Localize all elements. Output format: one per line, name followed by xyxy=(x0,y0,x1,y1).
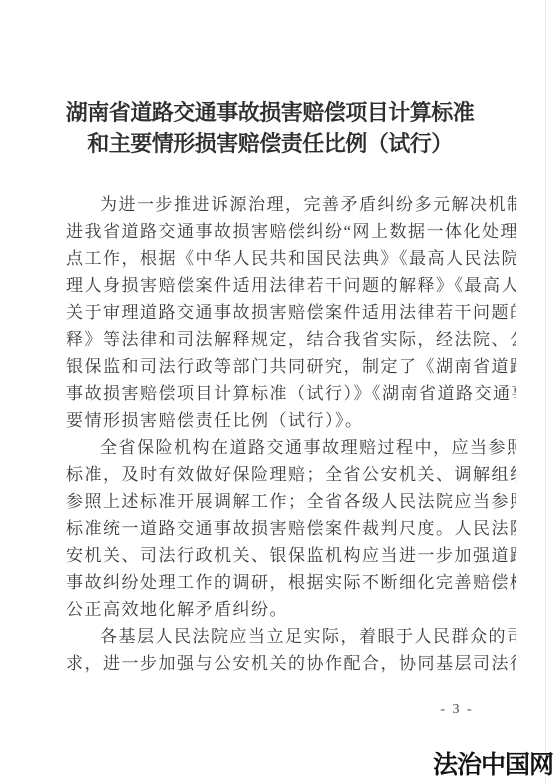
body-line: 公正高效地化解矛盾纠纷。 xyxy=(66,596,516,623)
body-line: 要情形损害赔偿责任比例（试行）》。 xyxy=(66,407,516,434)
body-line: 参照上述标准开展调解工作；全省各级人民法院应当参照上述 xyxy=(66,488,516,515)
body-line: 事故损害赔偿项目计算标准（试行）》《湖南省道路交通事故主 xyxy=(66,380,516,407)
body-line: 各基层人民法院应当立足实际，着眼于人民群众的司法需 xyxy=(66,623,516,650)
title-line-2: 和主要情形损害赔偿责任比例（试行） xyxy=(20,128,520,159)
body-line: 银保监和司法行政等部门共同研究，制定了《湖南省道路交通 xyxy=(66,353,516,380)
document-page: 湖南省道路交通事故损害赔偿项目计算标准 和主要情形损害赔偿责任比例（试行） 为进… xyxy=(0,0,554,784)
watermark: 法治中国网 xyxy=(433,745,553,781)
scan-edge-line xyxy=(545,0,546,784)
document-title: 湖南省道路交通事故损害赔偿项目计算标准 和主要情形损害赔偿责任比例（试行） xyxy=(20,97,520,159)
body-line: 安机关、司法行政机关、银保监机构应当进一步加强道路交通 xyxy=(66,542,516,569)
page-number: - 3 - xyxy=(430,702,484,718)
body-line: 求，进一步加强与公安机关的协作配合，协同基层司法行政机 xyxy=(66,650,516,677)
body-line: 释》等法律和司法解释规定，结合我省实际，经法院、公安、 xyxy=(66,326,516,353)
body-line: 标准统一道路交通事故损害赔偿案件裁判尺度。人民法院、公 xyxy=(66,515,516,542)
body-line: 点工作，根据《中华人民共和国民法典》《最高人民法院关于审 xyxy=(66,245,516,272)
body-line: 进我省道路交通事故损害赔偿纠纷“网上数据一体化处理”试 xyxy=(66,218,516,245)
body-line: 为进一步推进诉源治理，完善矛盾纠纷多元解决机制，推 xyxy=(66,191,516,218)
body-line: 标准，及时有效做好保险理赔；全省公安机关、调解组织应当 xyxy=(66,461,516,488)
title-line-1: 湖南省道路交通事故损害赔偿项目计算标准 xyxy=(20,97,520,128)
body-line: 关于审理道路交通事故损害赔偿案件适用法律若干问题的解 xyxy=(66,299,516,326)
body-line: 全省保险机构在道路交通事故理赔过程中，应当参照上述 xyxy=(66,434,516,461)
body-line: 事故纠纷处理工作的调研，根据实际不断细化完善赔偿标准， xyxy=(66,569,516,596)
body-line: 理人身损害赔偿案件适用法律若干问题的解释》《最高人民法院 xyxy=(66,272,516,299)
document-body: 为进一步推进诉源治理，完善矛盾纠纷多元解决机制，推进我省道路交通事故损害赔偿纠纷… xyxy=(66,191,516,677)
